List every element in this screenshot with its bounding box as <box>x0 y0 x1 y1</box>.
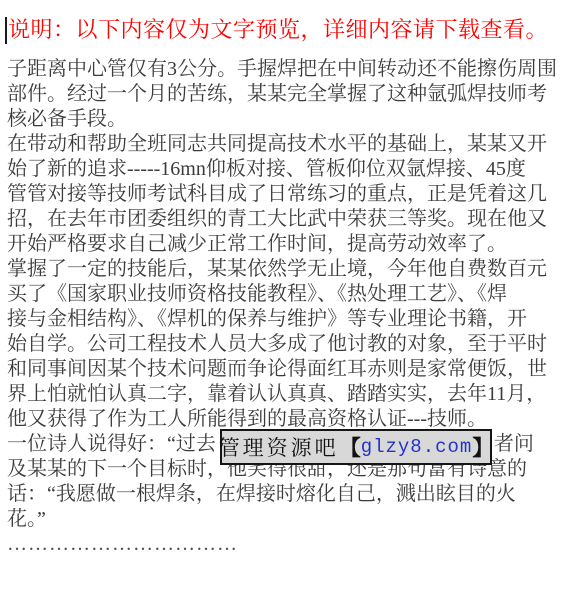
text-line: 话：“我愿做一根焊条，在焊接时熔化自己，溅出眩目的火 <box>7 482 573 507</box>
text-line: 始自学。公司工程技术人员大多成了他讨教的对象，至于平时 <box>7 332 573 357</box>
text-line: 始了新的追求-----16mn仰板对接、管板仰位双氩焊接、45度 <box>7 157 573 182</box>
text-cursor <box>5 17 7 44</box>
watermark-bracket-open: 【 <box>340 432 361 462</box>
notice-banner: 说明：以下内容仅为文字预览，详细内容请下载查看。 <box>8 16 548 44</box>
text-line: 部件。经过一个月的苦练，某某完全掌握了这种氩弧焊技师考 <box>7 82 573 107</box>
text-line: 花。” <box>7 507 573 532</box>
text-line: 开始严格要求自己减少正常工作时间，提高劳动效率了。 <box>7 232 573 257</box>
text-line: 在带动和帮助全班同志共同提高技术水平的基础上，某某又开 <box>7 132 573 157</box>
text-fragment-before-watermark: 一位诗人说得好：“过去 <box>7 433 216 455</box>
text-line: 接与金相结构》、《焊机的保养与维护》等专业理论书籍，开 <box>7 307 573 332</box>
text-line: 和同事间因某个技术问题而争论得面红耳赤则是家常便饭，世 <box>7 357 573 382</box>
text-line: 核必备手段。 <box>7 107 573 132</box>
ellipsis-line: …………………………… <box>7 532 573 557</box>
text-line: 买了《国家职业技师资格技能教程》、《热处理工艺》、《焊 <box>7 282 573 307</box>
text-fragment-after-watermark: 者问 <box>494 433 534 455</box>
text-line: 子距离中心管仅有3公分。手握焊把在中间转动还不能擦伤周围 <box>7 57 573 82</box>
preview-text: 子距离中心管仅有3公分。手握焊把在中间转动还不能擦伤周围 部件。经过一个月的苦练… <box>7 57 573 557</box>
watermark-bracket-close: 】 <box>472 432 493 462</box>
watermark-box: 管理资源吧【glzy8.com】 <box>220 429 492 465</box>
text-line: 招，在去年市团委组织的青工大比武中荣获三等奖。现在他又 <box>7 207 573 232</box>
text-line: 掌握了一定的技能后，某某依然学无止境，今年他自费数百元 <box>7 257 573 282</box>
text-line: 管管对接等技师考试科目成了日常练习的重点，正是凭着这几 <box>7 182 573 207</box>
watermark-link[interactable]: glzy8.com <box>361 436 473 458</box>
preview-page: 说明：以下内容仅为文字预览，详细内容请下载查看。 子距离中心管仅有3公分。手握焊… <box>0 0 578 600</box>
watermark-site-name: 管理资源吧 <box>219 432 339 462</box>
text-line: 界上怕就怕认真二字，靠着认认真真、踏踏实实，去年11月， <box>7 382 573 407</box>
